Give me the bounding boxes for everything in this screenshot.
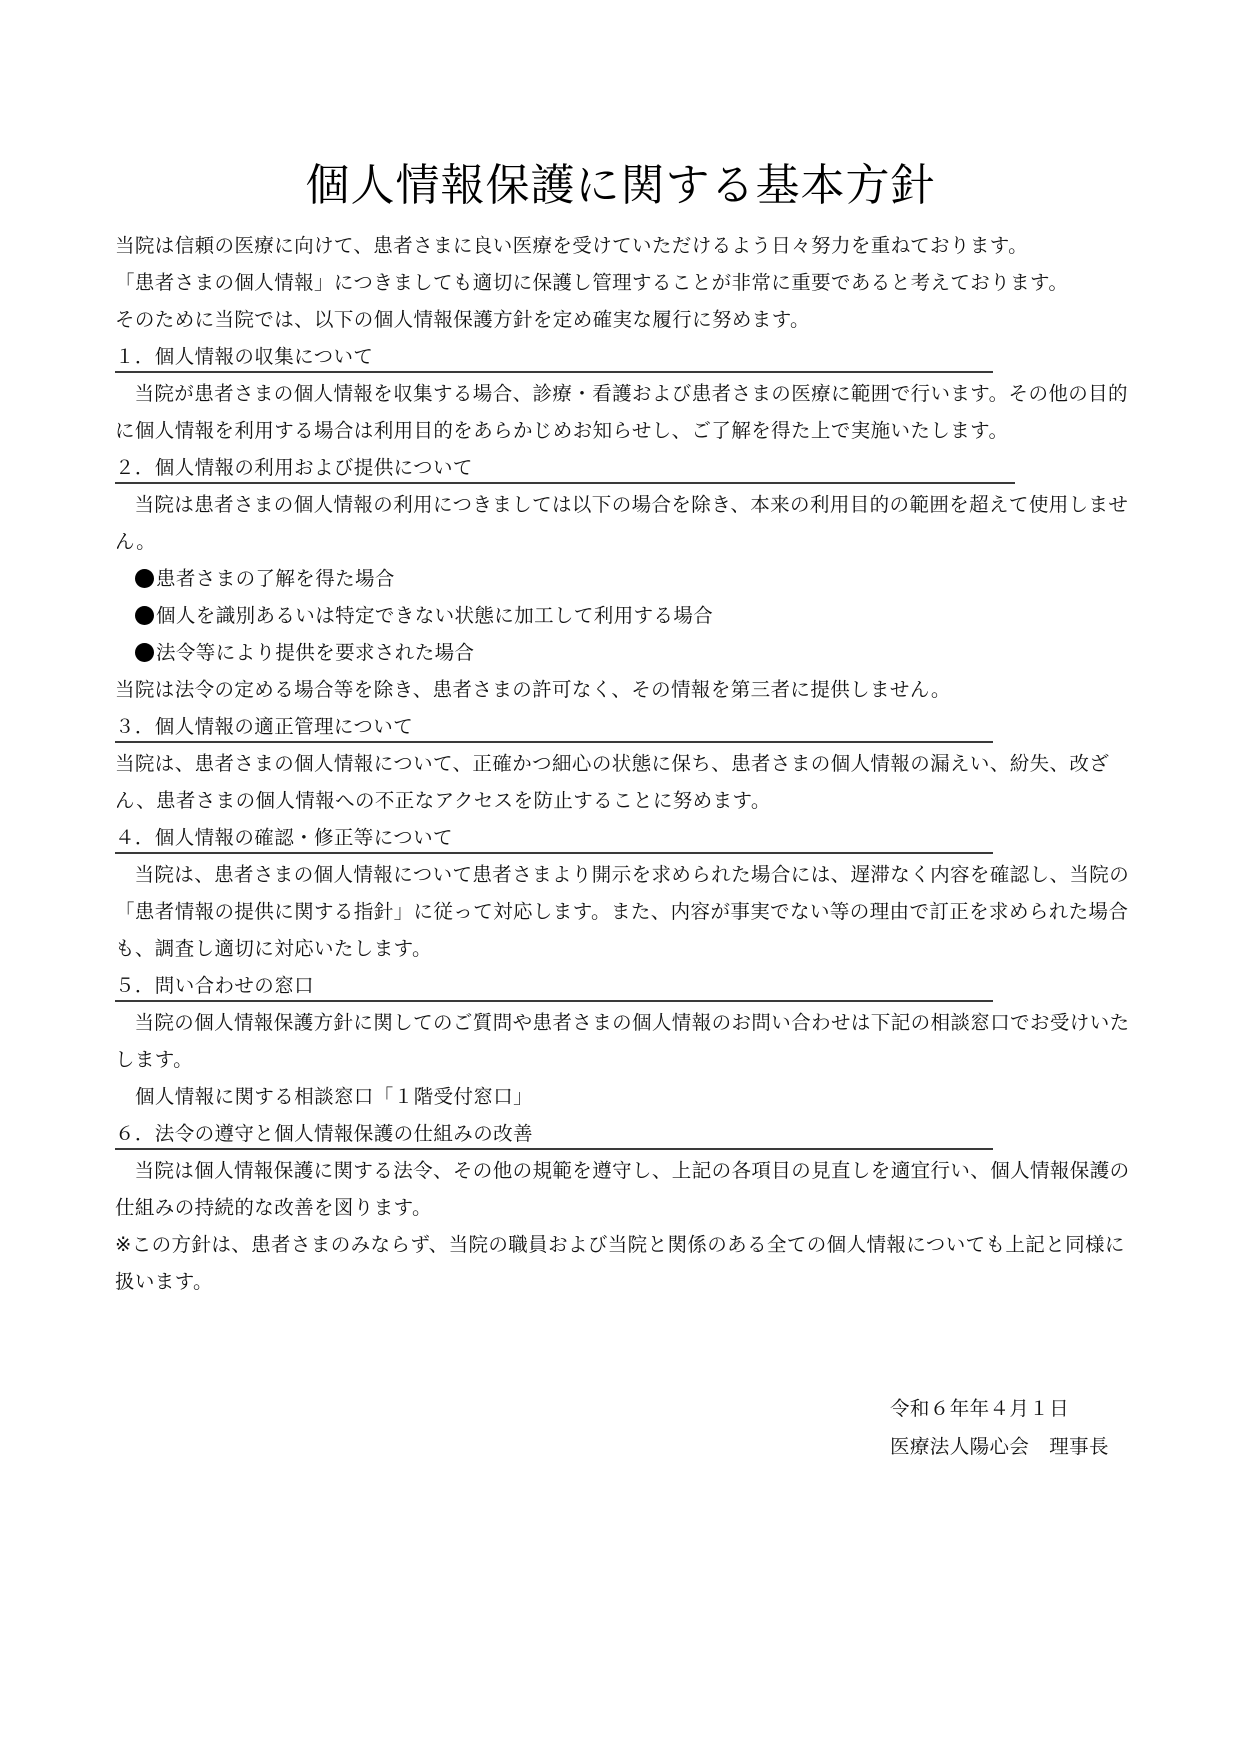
section-6-underline: [115, 1148, 993, 1150]
intro-paragraph-1: 当院は信頼の医療に向けて、患者さまに良い医療を受けていただけるよう日々努力を重ね…: [115, 227, 1135, 264]
section-1-heading-text: １．個人情報の収集について: [115, 345, 373, 368]
section-3-heading-text: ３．個人情報の適正管理について: [115, 715, 413, 738]
section-5-heading-text: ５．問い合わせの窓口: [115, 974, 314, 997]
section-5-contact: 個人情報に関する相談窓口「１階受付窓口」: [115, 1078, 1135, 1115]
section-2-underline: [115, 482, 1015, 484]
intro-paragraph-3: そのために当院では、以下の個人情報保護方針を定め確実な履行に努めます。: [115, 301, 1135, 338]
bullet-text: 法令等により提供を要求された場合: [156, 641, 474, 664]
bullet-dot-icon: [135, 569, 154, 588]
section-2-bullet-2: 個人を識別あるいは特定できない状態に加工して利用する場合: [115, 597, 1135, 634]
bullet-text: 個人を識別あるいは特定できない状態に加工して利用する場合: [156, 604, 713, 627]
section-5-body: 当院の個人情報保護方針に関してのご質問や患者さまの個人情報のお問い合わせは下記の…: [115, 1004, 1135, 1078]
document-body: 当院は信頼の医療に向けて、患者さまに良い医療を受けていただけるよう日々努力を重ね…: [115, 227, 1135, 1300]
section-2-heading: ２．個人情報の利用および提供について: [115, 449, 1135, 486]
section-2-body: 当院は患者さまの個人情報の利用につきましては以下の場合を除き、本来の利用目的の範…: [115, 486, 1135, 560]
intro-paragraph-2: 「患者さまの個人情報」につきましても適切に保護し管理することが非常に重要であると…: [115, 264, 1115, 301]
section-6-heading: ６．法令の遵守と個人情報保護の仕組みの改善: [115, 1115, 1135, 1152]
section-4-heading: ４．個人情報の確認・修正等について: [115, 819, 1135, 856]
bullet-dot-icon: [135, 606, 154, 625]
signature-date: 令和６年年４月１日: [890, 1390, 1109, 1428]
section-5-heading: ５．問い合わせの窓口: [115, 967, 1135, 1004]
section-6-heading-text: ６．法令の遵守と個人情報保護の仕組みの改善: [115, 1122, 533, 1145]
section-4-body: 当院は、患者さまの個人情報について患者さまより開示を求められた場合には、遅滞なく…: [115, 856, 1135, 967]
section-3-underline: [115, 741, 993, 743]
document-page: 個人情報保護に関する基本方針 当院は信頼の医療に向けて、患者さまに良い医療を受け…: [0, 0, 1241, 1754]
closing-note: ※この方針は、患者さまのみならず、当院の職員および当院と関係のある全ての個人情報…: [115, 1226, 1135, 1300]
section-4-underline: [115, 852, 993, 854]
section-1-heading: １．個人情報の収集について: [115, 338, 1135, 375]
bullet-dot-icon: [135, 643, 154, 662]
section-4-heading-text: ４．個人情報の確認・修正等について: [115, 826, 453, 849]
signature-organization: 医療法人陽心会 理事長: [890, 1428, 1109, 1466]
bullet-text: 患者さまの了解を得た場合: [156, 567, 395, 590]
section-1-underline: [115, 371, 993, 373]
section-2-after: 当院は法令の定める場合等を除き、患者さまの許可なく、その情報を第三者に提供しませ…: [115, 671, 1135, 708]
section-2-bullet-1: 患者さまの了解を得た場合: [115, 560, 1135, 597]
section-5-underline: [115, 1000, 993, 1002]
document-title: 個人情報保護に関する基本方針: [0, 158, 1241, 214]
section-2-bullet-3: 法令等により提供を要求された場合: [115, 634, 1135, 671]
signature-block: 令和６年年４月１日 医療法人陽心会 理事長: [890, 1390, 1109, 1466]
section-2-heading-text: ２．個人情報の利用および提供について: [115, 456, 473, 479]
section-1-body: 当院が患者さまの個人情報を収集する場合、診療・看護および患者さまの医療に範囲で行…: [115, 375, 1135, 449]
section-3-body: 当院は、患者さまの個人情報について、正確かつ細心の状態に保ち、患者さまの個人情報…: [115, 745, 1135, 819]
section-6-body: 当院は個人情報保護に関する法令、その他の規範を遵守し、上記の各項目の見直しを適宜…: [115, 1152, 1135, 1226]
section-3-heading: ３．個人情報の適正管理について: [115, 708, 1135, 745]
